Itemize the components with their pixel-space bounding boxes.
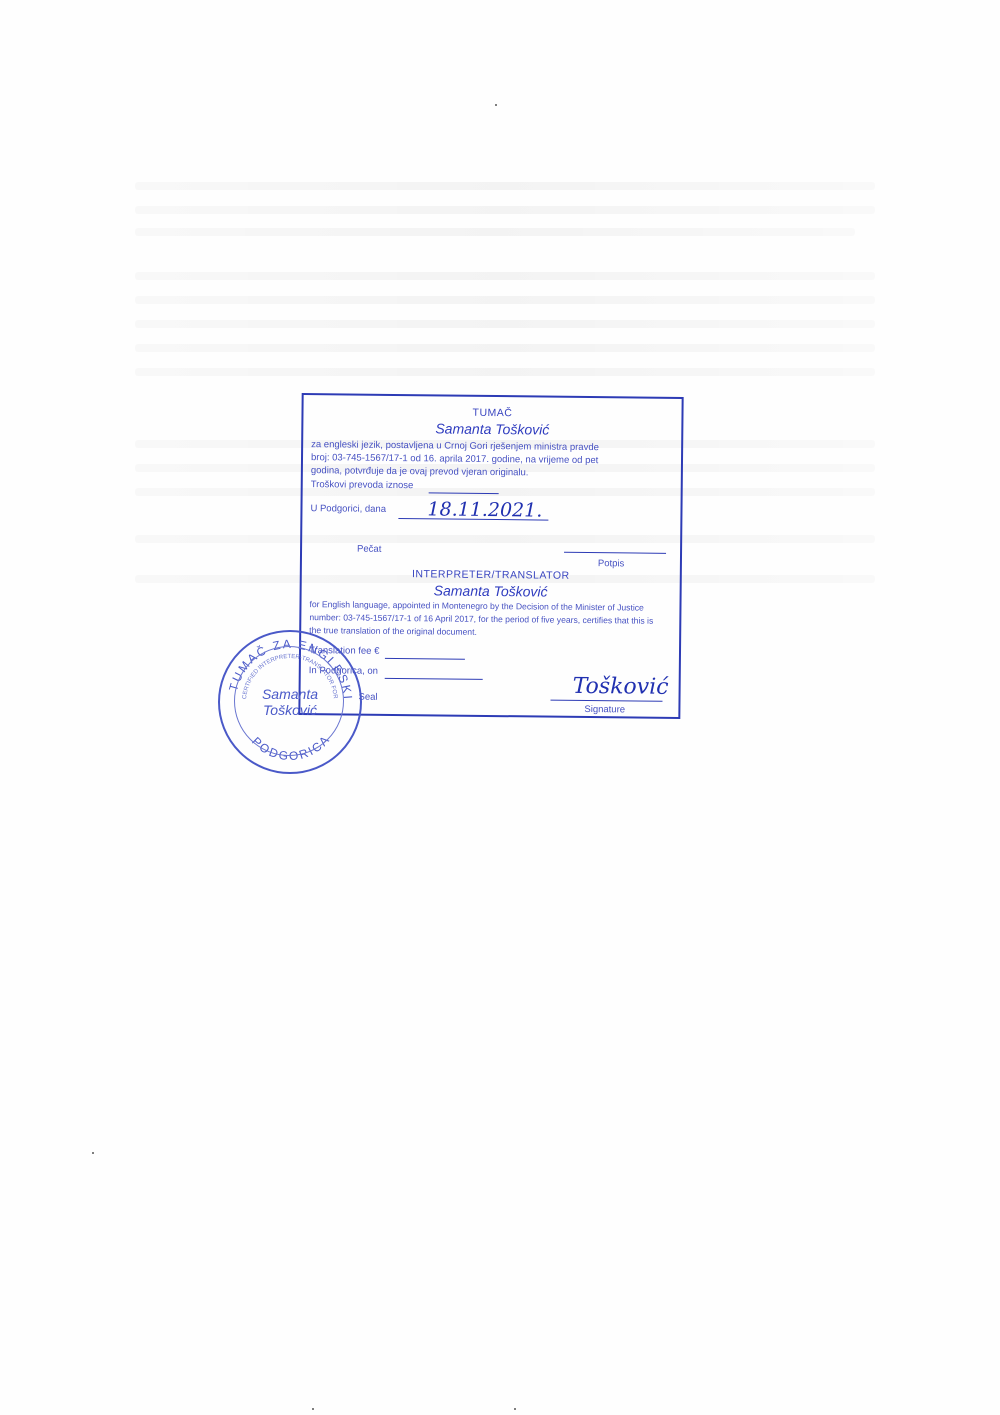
stamp-name-english: Samanta Tošković	[302, 581, 680, 601]
stamp-name-local: Samanta Tošković	[303, 419, 681, 439]
seal-name-1: Samanta	[220, 686, 360, 702]
signature-label-english: Signature	[584, 704, 625, 716]
fee-label-local: Troškovi prevoda iznose	[311, 479, 414, 492]
round-seal: TUMAČ ZA ENGLESKI JEZIK CERTIFIED INTERP…	[218, 630, 362, 774]
stamp-text-local-1: za engleski jezik, postavljena u Crnoj G…	[311, 439, 599, 454]
handwritten-date: 18.11.2021.	[427, 498, 542, 521]
seal-name-2: Tošković	[220, 702, 360, 718]
signature-label-local: Potpis	[598, 558, 625, 570]
stamp-title-english: INTERPRETER/TRANSLATOR	[302, 567, 680, 583]
stamp-text-local-2: broj: 03-745-1567/17-1 od 16. aprila 201…	[311, 452, 598, 467]
handwritten-signature: Tošković	[573, 674, 669, 700]
stamp-text-local-3: godina, potvrđuje da je ovaj prevod vjer…	[311, 465, 529, 479]
date-label-local: U Podgorici, dana	[310, 503, 386, 515]
stamp-title-local: TUMAČ	[303, 405, 681, 421]
seal-label-local: Pečat	[357, 544, 381, 556]
